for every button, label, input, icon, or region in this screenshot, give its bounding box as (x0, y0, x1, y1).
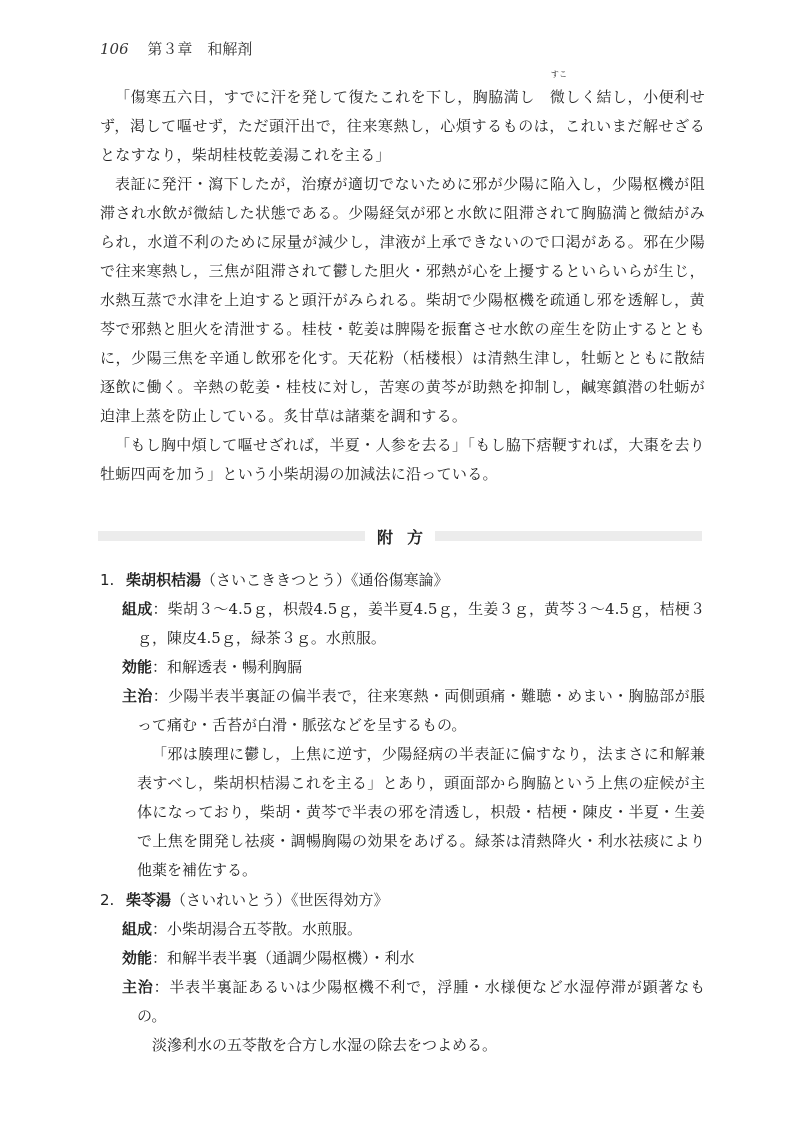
commentary-block: 「傷寒五六日，すでに汗を発して復たこれを下し，胸脇満しすこ微しく結し，小便利せず… (100, 83, 705, 489)
composition-field: 組成：小柴胡湯合五苓散。水煎服。 (122, 915, 705, 944)
composition-text: 柴胡３～4.5ｇ，枳殻4.5ｇ，姜半夏4.5ｇ，生姜３ｇ，黄芩３～4.5ｇ，桔梗… (137, 600, 705, 647)
running-header: 106 第３章 和解剤 (100, 38, 252, 59)
commentary-paragraph: 表証に発汗・瀉下したが，治療が適切でないために邪が少陽に陥入し，少陽枢機が阻滞さ… (100, 170, 705, 431)
book-page: 106 第３章 和解剤 「傷寒五六日，すでに汗を発して復たこれを下し，胸脇満しす… (0, 0, 800, 1135)
efficacy-field: 効能：和解透表・暢利胸膈 (122, 653, 705, 682)
formula-number: 2. (100, 886, 126, 915)
page-number: 106 (100, 40, 129, 58)
formula-reading: （さいこききつとう） (201, 571, 351, 589)
indication-text: 半表半裏証あるいは少陽枢機不利で，浮腫・水様便など水湿停滞が顕著なもの。 (137, 978, 705, 1025)
formula-reading: （さいれいとう） (171, 891, 291, 909)
formula-name: 柴胡枳桔湯 (126, 571, 201, 589)
chapter-title: 第３章 和解剤 (147, 40, 252, 58)
formula-source: 《世医得効方》 (291, 891, 389, 909)
section-bar-right (435, 531, 702, 541)
formula-number: 1. (100, 566, 126, 595)
composition-label: 組成 (122, 600, 152, 618)
efficacy-label: 効能 (122, 949, 152, 967)
formula-entry-1: 1.柴胡枳桔湯（さいこききつとう）《通俗傷寒論》 組成：柴胡３～4.5ｇ，枳殻4… (100, 566, 705, 885)
ruby-base: 微 (550, 88, 565, 106)
formula-note: 「邪は腠理に鬱し，上焦に逆す，少陽経病の半表証に偏すなり，法まさに和解兼表すべし… (122, 740, 705, 885)
composition-text: 小柴胡湯合五苓散。水煎服。 (167, 920, 362, 938)
composition-field: 組成：柴胡３～4.5ｇ，枳殻4.5ｇ，姜半夏4.5ｇ，生姜３ｇ，黄芩３～4.5ｇ… (122, 595, 705, 653)
formula-name: 柴苓湯 (126, 891, 171, 909)
ruby-reading: すこ (536, 71, 568, 79)
formula-source: 《通俗傷寒論》 (351, 571, 449, 589)
efficacy-text: 和解透表・暢利胸膈 (167, 658, 302, 676)
efficacy-label: 効能 (122, 658, 152, 676)
section-heading: 附方 (98, 526, 702, 546)
ruby-annotation: すこ微 (535, 83, 565, 112)
efficacy-field: 効能：和解半表半裏（通調少陽枢機）・利水 (122, 944, 705, 973)
quote-text-1: 「傷寒五六日，すでに汗を発して復たこれを下し，胸脇満し (115, 88, 535, 106)
formula-title: 2.柴苓湯（さいれいとう）《世医得効方》 (100, 886, 705, 915)
classic-quote: 「傷寒五六日，すでに汗を発して復たこれを下し，胸脇満しすこ微しく結し，小便利せず… (100, 83, 705, 170)
indication-field: 主治：半表半裏証あるいは少陽枢機不利で，浮腫・水様便など水湿停滞が顕著なもの。 (122, 973, 705, 1031)
efficacy-text: 和解半表半裏（通調少陽枢機）・利水 (167, 949, 415, 967)
formula-entry-2: 2.柴苓湯（さいれいとう）《世医得効方》 組成：小柴胡湯合五苓散。水煎服。 効能… (100, 886, 705, 1060)
indication-field: 主治：少陽半表半裏証の偏半表で，往来寒熱・両側頭痛・難聴・めまい・胸脇部が脹って… (122, 682, 705, 740)
indication-text: 少陽半表半裏証の偏半表で，往来寒熱・両側頭痛・難聴・めまい・胸脇部が脹って痛む・… (137, 687, 705, 734)
indication-label: 主治 (122, 978, 154, 996)
indication-label: 主治 (122, 687, 153, 705)
composition-label: 組成 (122, 920, 152, 938)
formula-title: 1.柴胡枳桔湯（さいこききつとう）《通俗傷寒論》 (100, 566, 705, 595)
formula-note: 淡滲利水の五苓散を合方し水湿の除去をつよめる。 (122, 1031, 705, 1060)
section-bar-left (98, 531, 365, 541)
commentary-paragraph-modification: 「もし胸中煩して嘔せざれば，半夏・人参を去る」「もし脇下痞鞕すれば，大棗を去り牡… (100, 431, 705, 489)
